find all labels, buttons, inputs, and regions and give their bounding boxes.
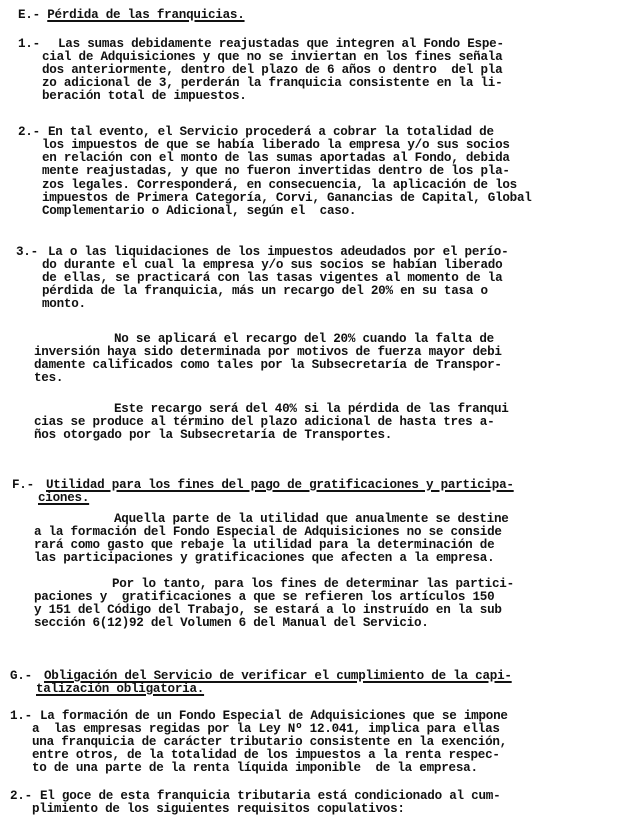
section-letter: F.-	[12, 479, 41, 492]
section-title: Utilidad para los fines del pago de grat…	[46, 479, 514, 492]
section-title: ciones.	[38, 492, 89, 505]
text-line: to de una parte de la renta líquida impo…	[32, 762, 478, 775]
text-line: ños otorgado por la Subsecretaría de Tra…	[34, 429, 392, 442]
item-number: 2.-	[10, 790, 32, 803]
section-heading-e: E.- Pérdida de las franquicias.	[18, 9, 245, 22]
item-number: 2.-	[18, 126, 40, 139]
text-line: tes.	[34, 372, 63, 385]
text-line: beración total de impuestos.	[42, 90, 247, 103]
text-line: pérdida de la franquicia, más un recargo…	[42, 285, 488, 298]
item-number: 3.-	[16, 246, 38, 259]
section-letter: G.-	[10, 670, 39, 683]
text-line: damente calificados como tales por la Su…	[34, 359, 502, 372]
section-title: talización obligatoria.	[36, 683, 204, 696]
section-title: Pérdida de las franquicias.	[47, 8, 244, 22]
text-line: sección 6(12)92 del Volumen 6 del Manual…	[34, 617, 429, 630]
text-line: monto.	[42, 298, 86, 311]
item-number: 1.-	[18, 38, 40, 51]
item-number: 1.-	[10, 710, 32, 723]
text-line: mente reajustadas, y que no fueron inver…	[42, 165, 510, 178]
text-line: Complementario o Adicional, según el cas…	[42, 205, 356, 218]
text-line: las participaciones y gratificaciones qu…	[34, 552, 494, 565]
section-letter: E.-	[18, 8, 47, 22]
text-line: plimiento de los siguientes requisitos c…	[32, 803, 405, 816]
